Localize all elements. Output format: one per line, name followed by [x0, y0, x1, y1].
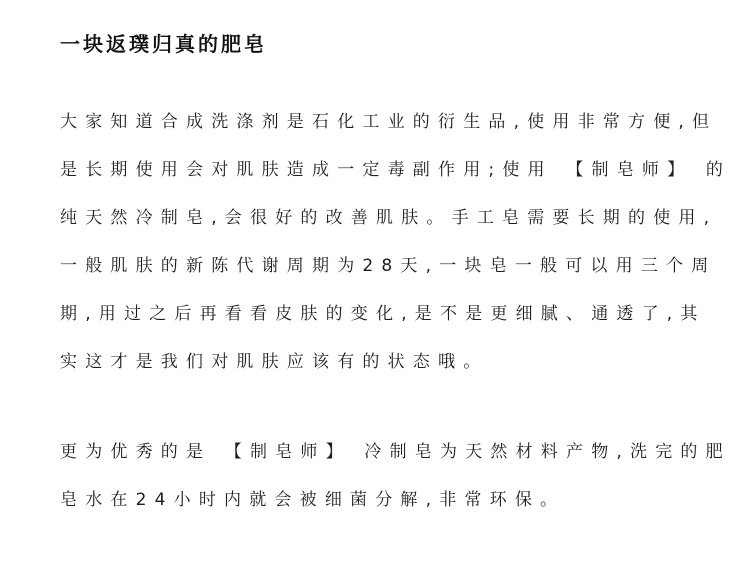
paragraph-line: 是长期使用会对肌肤造成一定毒副作用;使用 【制皂师】 的 — [60, 158, 731, 182]
paragraph-line: 实这才是我们对肌肤应该有的状态哦。 — [60, 350, 488, 374]
paragraph-line: 纯天然冷制皂,会很好的改善肌肤。手工皂需要长期的使用, — [60, 206, 717, 230]
paragraph-line: 更为优秀的是 【制皂师】 冷制皂为天然材料产物,洗完的肥 — [60, 440, 731, 464]
article-title: 一块返璞归真的肥皂 — [60, 28, 267, 57]
paragraph-line: 期,用过之后再看看皮肤的变化,是不是更细腻、通透了,其 — [60, 302, 706, 326]
paragraph-line: 皂水在24小时内就会被细菌分解,非常环保。 — [60, 488, 565, 512]
paragraph-line: 一般肌肤的新陈代谢周期为28天,一块皂一般可以用三个周 — [60, 254, 716, 278]
paragraph-line: 大家知道合成洗涤剂是石化工业的衍生品,使用非常方便,但 — [60, 110, 717, 134]
